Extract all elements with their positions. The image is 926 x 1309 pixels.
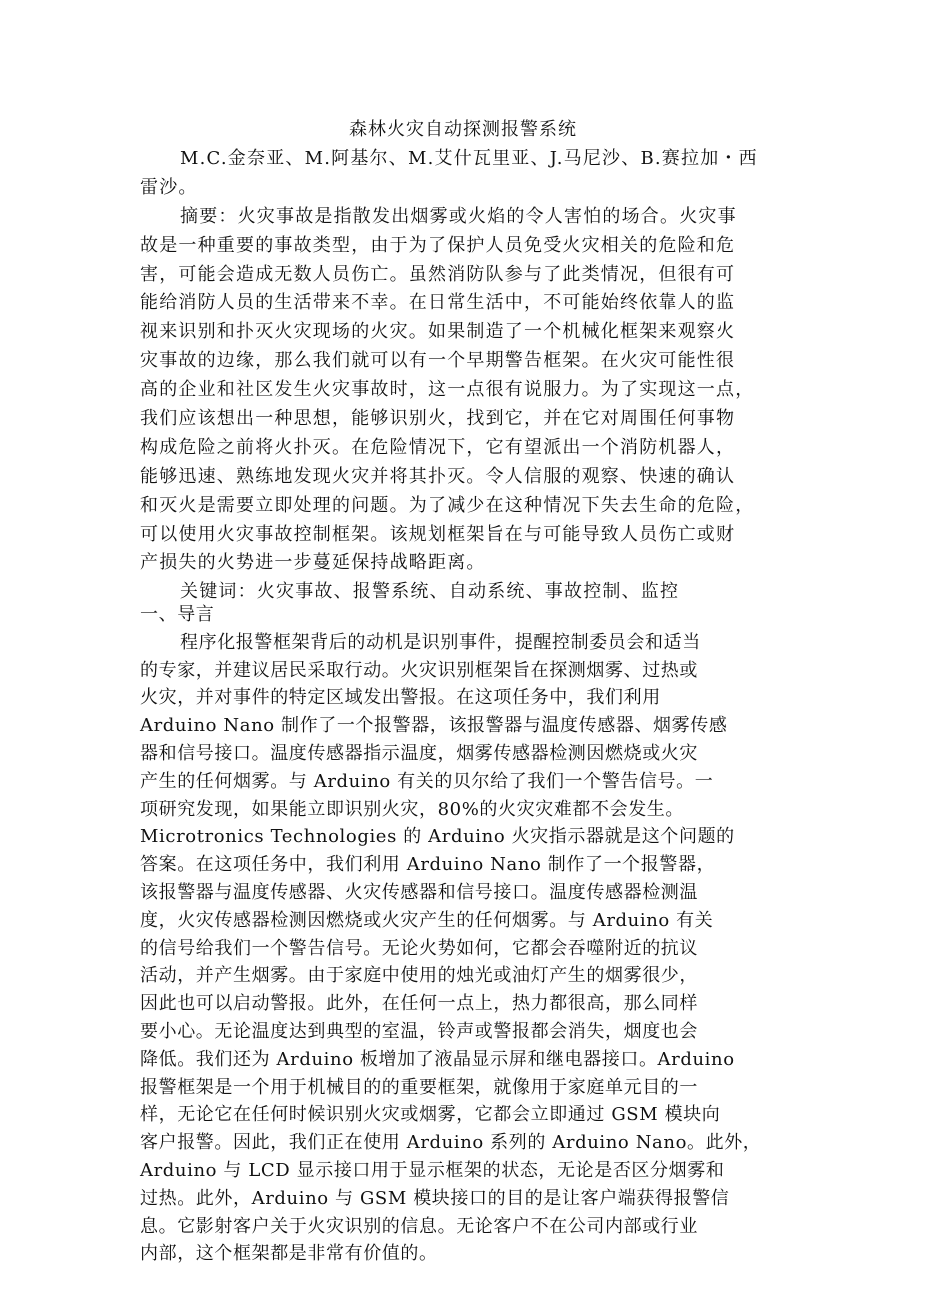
intro-line: 内部，这个框架都是非常有价值的。 (140, 1240, 786, 1268)
abstract-line: 高的企业和社区发生火灾事故时，这一点很有说服力。为了实现这一点， (140, 376, 786, 405)
intro-line: Arduino 与 LCD 显示接口用于显示框架的状态，无论是否区分烟雾和 (140, 1157, 786, 1185)
abstract-line: 能给消防人员的生活带来不幸。在日常生活中，不可能始终依靠人的监 (140, 289, 786, 318)
intro-line: 样，无论它在任何时候识别火灾或烟雾，它都会立即通过 GSM 模块向 (140, 1101, 786, 1129)
abstract-line: 故是一种重要的事故类型，由于为了保护人员免受火灾相关的危险和危 (140, 232, 786, 261)
document-page: 森林火灾自动探测报警系统 M.C.金奈亚、M.阿基尔、M.艾什瓦里亚、J.马尼沙… (0, 0, 926, 1309)
intro-line: 活动，并产生烟雾。由于家庭中使用的烛光或油灯产生的烟雾很少， (140, 962, 786, 990)
intro-line: 答案。在这项任务中，我们利用 Arduino Nano 制作了一个报警器， (140, 851, 786, 879)
intro-line: 度，火灾传感器检测因燃烧或火灾产生的任何烟雾。与 Arduino 有关 (140, 907, 786, 935)
abstract-line: 产损失的火势进一步蔓延保持战略距离。 (140, 549, 786, 578)
intro-line: 的信号给我们一个警告信号。无论火势如何，它都会吞噬附近的抗议 (140, 935, 786, 963)
intro-line: 客户报警。因此，我们正在使用 Arduino 系列的 Arduino Nano。… (140, 1129, 786, 1157)
intro-line: 息。它影射客户关于火灾识别的信息。无论客户不在公司内部或行业 (140, 1213, 786, 1241)
intro-line: 要小心。无论温度达到典型的室温，铃声或警报都会消失，烟度也会 (140, 1018, 786, 1046)
intro-line: 报警框架是一个用于机械目的的重要框架，就像用于家庭单元目的一 (140, 1074, 786, 1102)
abstract-line: 灾事故的边缘，那么我们就可以有一个早期警告框架。在火灾可能性很 (140, 347, 786, 376)
intro-line: Arduino Nano 制作了一个报警器，该报警器与温度传感器、烟雾传感 (140, 712, 786, 740)
authors-line: 雷沙。 (140, 174, 786, 203)
abstract-line: 摘要：火灾事故是指散发出烟雾或火焰的令人害怕的场合。火灾事 (140, 203, 786, 232)
abstract-line: 能够迅速、熟练地发现火灾并将其扑灭。令人信服的观察、快速的确认 (140, 463, 786, 492)
intro-line: 项研究发现，如果能立即识别火灾，80%的火灾灾难都不会发生。 (140, 796, 786, 824)
abstract-line: 构成危险之前将火扑灭。在危险情况下，它有望派出一个消防机器人， (140, 434, 786, 463)
intro-line: 产生的任何烟雾。与 Arduino 有关的贝尔给了我们一个警告信号。一 (140, 768, 786, 796)
intro-line: 火灾，并对事件的特定区域发出警报。在这项任务中，我们利用 (140, 684, 786, 712)
abstract-line: 和灭火是需要立即处理的问题。为了减少在这种情况下失去生命的危险， (140, 492, 786, 521)
intro-line: 的专家，并建议居民采取行动。火灾识别框架旨在探测烟雾、过热或 (140, 657, 786, 685)
intro-line: 器和信号接口。温度传感器指示温度，烟雾传感器检测因燃烧或火灾 (140, 740, 786, 768)
intro-line: 过热。此外，Arduino 与 GSM 模块接口的目的是让客户端获得报警信 (140, 1185, 786, 1213)
upper-section: M.C.金奈亚、M.阿基尔、M.艾什瓦里亚、J.马尼沙、B.赛拉加・西 雷沙。 … (140, 145, 786, 607)
intro-line: 程序化报警框架背后的动机是识别事件，提醒控制委员会和适当 (140, 629, 786, 657)
intro-line: Microtronics Technologies 的 Arduino 火灾指示… (140, 823, 786, 851)
intro-line: 降低。我们还为 Arduino 板增加了液晶显示屏和继电器接口。Arduino (140, 1046, 786, 1074)
section-heading: 一、导言 (140, 601, 786, 629)
intro-line: 因此也可以启动警报。此外，在任何一点上，热力都很高，那么同样 (140, 990, 786, 1018)
abstract-line: 视来识别和扑灭火灾现场的火灾。如果制造了一个机械化框架来观察火 (140, 318, 786, 347)
abstract-line: 可以使用火灾事故控制框架。该规划框架旨在与可能导致人员伤亡或财 (140, 521, 786, 550)
intro-section: 一、导言 程序化报警框架背后的动机是识别事件，提醒控制委员会和适当 的专家，并建… (140, 601, 786, 1268)
document-title: 森林火灾自动探测报警系统 (0, 117, 926, 143)
intro-line: 该报警器与温度传感器、火灾传感器和信号接口。温度传感器检测温 (140, 879, 786, 907)
authors-line: M.C.金奈亚、M.阿基尔、M.艾什瓦里亚、J.马尼沙、B.赛拉加・西 (140, 145, 786, 174)
abstract-line: 害，可能会造成无数人员伤亡。虽然消防队参与了此类情况，但很有可 (140, 261, 786, 290)
abstract-line: 我们应该想出一种思想，能够识别火，找到它，并在它对周围任何事物 (140, 405, 786, 434)
